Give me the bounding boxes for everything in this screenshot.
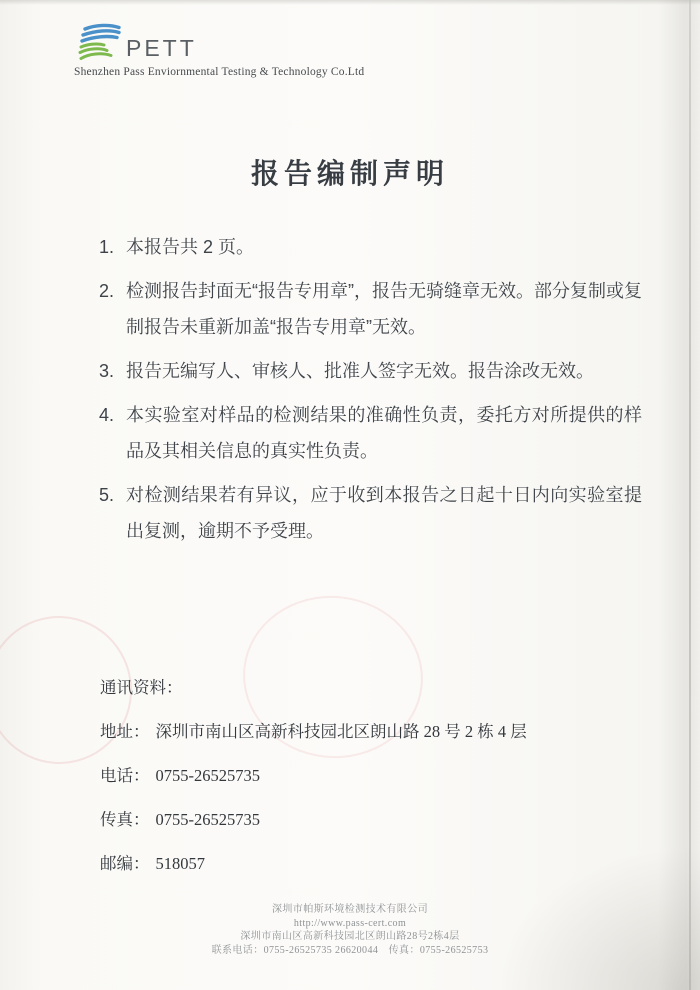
pett-logo-icon (74, 22, 122, 64)
statement-text: 对检测结果若有异议，应于收到本报告之日起十日内向实验室提出复测，逾期不予受理。 (126, 477, 642, 549)
statement-number: 1. (99, 229, 126, 265)
statement-item: 3. 报告无编写人、审核人、批准人签字无效。报告涂改无效。 (99, 353, 642, 389)
contact-label: 传真： (100, 810, 150, 829)
statement-item: 4. 本实验室对样品的检测结果的准确性负责，委托方对所提供的样品及其相关信息的真… (99, 397, 642, 469)
company-tagline: Shenzhen Pass Enviornmental Testing & Te… (74, 66, 364, 78)
contact-info-block: 通讯资料： 地址：深圳市南山区高新科技园北区朗山路 28 号 2 栋 4 层 电… (100, 674, 620, 894)
contact-heading: 通讯资料： (100, 674, 620, 698)
document-title: 报告编制声明 (0, 152, 700, 192)
contact-label: 邮编： (100, 854, 150, 873)
scan-edge-line (689, 0, 691, 990)
contact-row-phone: 电话：0755-26525735 (100, 762, 620, 786)
footer-company-name: 深圳市帕斯环境检测技术有限公司 (0, 903, 700, 917)
contact-value: 518057 (156, 854, 206, 873)
statement-text: 检测报告封面无“报告专用章”，报告无骑缝章无效。部分复制或复制报告未重新加盖“报… (126, 273, 642, 345)
statement-number: 3. (99, 353, 126, 389)
statement-item: 2. 检测报告封面无“报告专用章”，报告无骑缝章无效。部分复制或复制报告未重新加… (99, 273, 642, 345)
statement-number: 2. (99, 273, 126, 345)
statement-text: 本实验室对样品的检测结果的准确性负责，委托方对所提供的样品及其相关信息的真实性负… (126, 397, 642, 469)
statement-list: 1. 本报告共 2 页。 2. 检测报告封面无“报告专用章”，报告无骑缝章无效。… (99, 229, 642, 557)
statement-number: 4. (99, 397, 126, 469)
contact-label: 地址： (100, 722, 150, 741)
contact-label: 电话： (100, 766, 150, 785)
contact-value: 0755-26525735 (156, 766, 261, 785)
footer-url: http://www.pass-cert.com (0, 917, 700, 931)
statement-item: 5. 对检测结果若有异议，应于收到本报告之日起十日内向实验室提出复测，逾期不予受… (99, 477, 642, 549)
contact-row-postcode: 邮编：518057 (100, 850, 620, 874)
statement-item: 1. 本报告共 2 页。 (99, 229, 642, 265)
contact-row-address: 地址：深圳市南山区高新科技园北区朗山路 28 号 2 栋 4 层 (100, 718, 620, 742)
contact-row-fax: 传真：0755-26525735 (100, 806, 620, 830)
contact-value: 0755-26525735 (156, 810, 261, 829)
statement-number: 5. (99, 477, 126, 549)
contact-value: 深圳市南山区高新科技园北区朗山路 28 号 2 栋 4 层 (156, 722, 527, 741)
scanned-report-page: PETT Shenzhen Pass Enviornmental Testing… (0, 0, 700, 990)
footer-address: 深圳市南山区高新科技园北区朗山路28号2栋4层 (0, 930, 700, 944)
company-header: PETT Shenzhen Pass Enviornmental Testing… (74, 22, 364, 78)
footer-contacts: 联系电话：0755-26525735 26620044 传真：0755-2652… (0, 944, 700, 958)
statement-text: 报告无编写人、审核人、批准人签字无效。报告涂改无效。 (126, 353, 642, 389)
brand-name: PETT (126, 35, 197, 62)
statement-text: 本报告共 2 页。 (126, 229, 642, 265)
page-footer: 深圳市帕斯环境检测技术有限公司 http://www.pass-cert.com… (0, 903, 700, 957)
